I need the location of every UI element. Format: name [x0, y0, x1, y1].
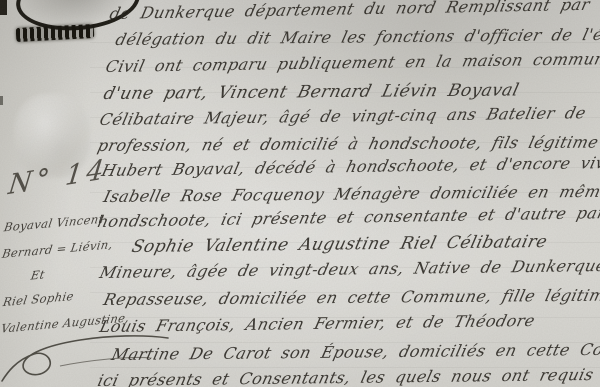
manuscript-line: Louis François, Ancien Fermier, et de Th… — [98, 311, 537, 336]
manuscript-text: de Dunkerque département du nord Remplis… — [98, 0, 600, 387]
manuscript-line: Hubert Boyaval, décédé à hondschoote, et… — [100, 152, 600, 180]
manuscript-line: Repasseuse, domiciliée en cette Commune,… — [102, 285, 600, 309]
manuscript-line: de Dunkerque département du nord Remplis… — [108, 0, 592, 23]
manuscript-page: N° 14 Boyaval Vincent Bernard = Liévin, … — [0, 0, 600, 387]
scan-edge-mark — [0, 96, 3, 105]
manuscript-line: hondschoote, ici présente et consentante… — [96, 202, 600, 231]
scan-edge-mark — [0, 0, 7, 15]
manuscript-line: d'une part, Vincent Bernard Liévin Boyav… — [102, 80, 521, 104]
manuscript-line: Isabelle Rose Focquenoy Ménagère domicil… — [102, 182, 600, 206]
manuscript-line: Martine De Carot son Épouse, domiciliés … — [110, 339, 600, 364]
margin-note-groom-surname: Boyaval Vincent — [3, 212, 105, 235]
manuscript-line: profession, né et domicilié à hondschoot… — [96, 132, 600, 155]
margin-note-et: Et — [30, 267, 46, 282]
manuscript-line: Sophie Valentine Augustine Riel Célibata… — [130, 232, 550, 257]
margin-note-groom-forenames: Bernard = Liévin, — [1, 237, 114, 261]
manuscript-line: Célibataire Majeur, âgé de vingt-cinq an… — [98, 103, 588, 129]
oval-stamp-inner-mark — [16, 24, 95, 42]
margin-note-bride-surname: Riel Sophie — [2, 289, 75, 309]
manuscript-line: ici présents et Consentants, les quels n… — [96, 365, 600, 387]
manuscript-line: Mineure, âgée de vingt-deux ans, Native … — [98, 256, 600, 282]
manuscript-line: délégation du dit Maire les fonctions d'… — [114, 25, 600, 49]
manuscript-line: Civil ont comparu publiquement en la mai… — [104, 49, 600, 76]
